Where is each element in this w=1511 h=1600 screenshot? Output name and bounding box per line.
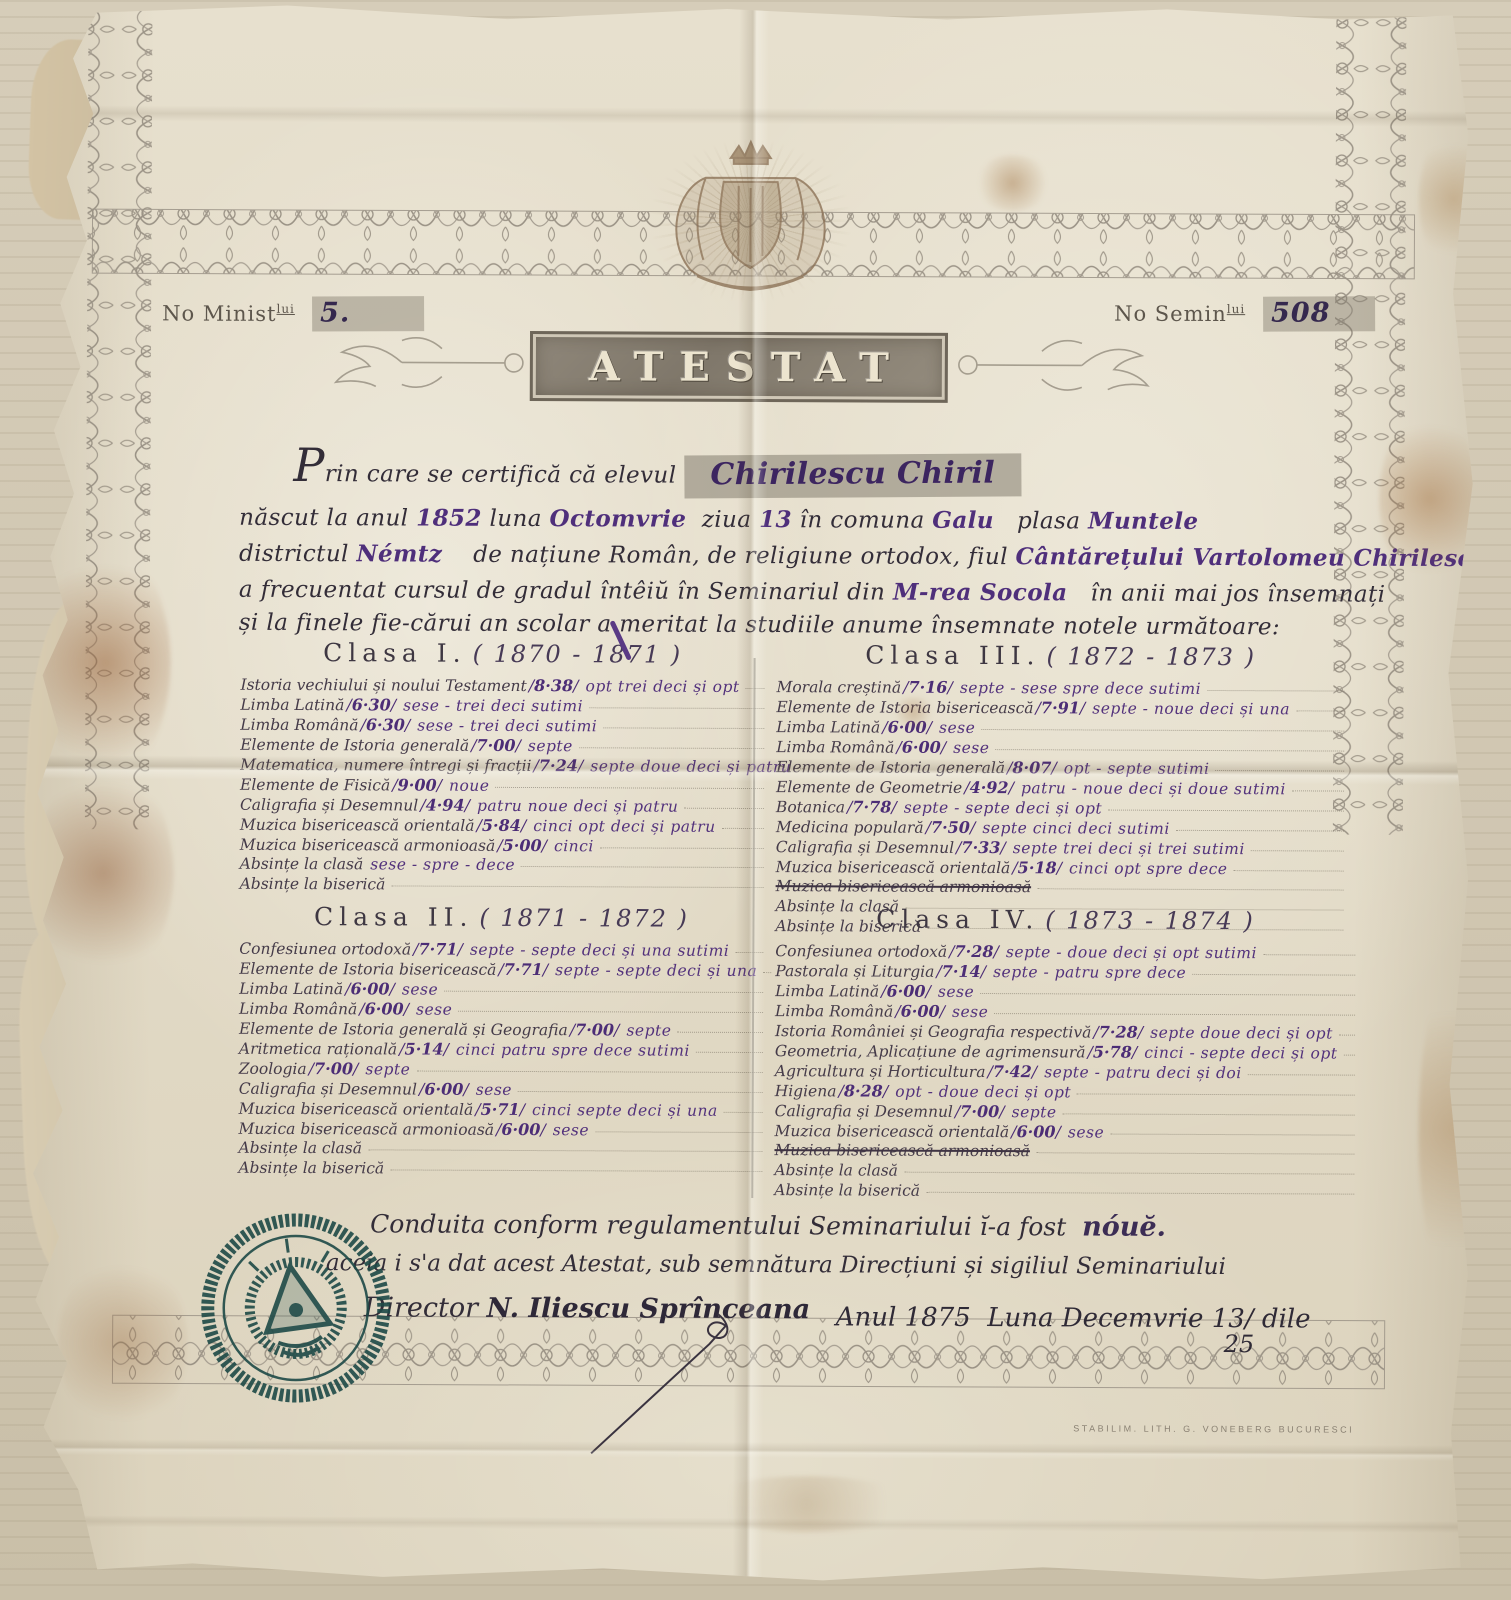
grade-row: Elemente de Geometrie 4·92 patru - noue … — [776, 777, 1344, 799]
subject-label: Matematica, numere întregi și fracții — [240, 756, 531, 775]
grade-row: Zoologia 7·00 septe — [239, 1059, 763, 1081]
grade-row: Muzica bisericească orientală 5·84 cinci… — [240, 815, 764, 837]
intro-line-2: născut la anul 1852 luna Octomvrie ziua … — [239, 504, 1198, 535]
subject-label: Limba Română — [239, 1000, 357, 1019]
dotted-leader — [1292, 790, 1344, 791]
grade-value: 6·00 — [359, 999, 409, 1018]
subject-label: Muzica bisericească armonioasă — [240, 836, 496, 855]
grade-row: Limba Latină 6·30 sese - trei deci sutim… — [240, 695, 764, 717]
dotted-leader — [1036, 1152, 1355, 1154]
ministry-number-label: No Minist — [162, 301, 276, 325]
dotted-leader — [994, 1013, 1355, 1016]
dotted-leader — [1110, 1134, 1354, 1136]
grade-value: 7·16 — [903, 678, 953, 697]
grade-value: 5·84 — [476, 816, 526, 835]
class-3-rows: Morala creștină 7·16 septe - sese spre d… — [775, 677, 1344, 939]
grade-words: cinci opt deci și patru — [533, 817, 715, 836]
subject-label: Morala creștină — [776, 678, 901, 697]
grade-row: Geometria, Aplicațiune de agrimensură 5·… — [775, 1041, 1355, 1064]
grade-value: 4·92 — [964, 778, 1014, 797]
grade-words: patru - noue deci și doue sutimi — [1021, 779, 1286, 798]
class-2-rows: Confesiunea ortodoxă 7·71 septe - septe … — [238, 939, 763, 1181]
grade-value: 6·00 — [895, 1002, 945, 1021]
grade-value: 7·28 — [1093, 1022, 1143, 1041]
grade-value: 5·00 — [497, 836, 547, 855]
stain-decoration — [1418, 969, 1489, 1289]
dotted-leader — [1248, 1074, 1355, 1075]
subject-label: Agricultura și Horticultura — [775, 1062, 986, 1081]
grade-value: 7·71 — [498, 960, 548, 979]
grade-words: sese - trei deci sutimi — [417, 717, 597, 736]
dotted-leader — [1296, 710, 1344, 711]
subject-label: Medicina populară — [776, 818, 924, 837]
dotted-leader — [1344, 1055, 1355, 1056]
dotted-leader — [724, 1112, 763, 1113]
grade-words: cinci — [554, 837, 594, 855]
grade-words: septe - septe deci și opt — [904, 799, 1102, 818]
class-3-header: Clasa III. ( 1872 - 1873 ) — [777, 640, 1345, 671]
dotted-leader — [735, 952, 763, 953]
grade-words: septe — [365, 1060, 410, 1078]
grade-words: patru noue deci și patru — [477, 797, 678, 816]
seminary-number-label: No Semin — [1114, 302, 1227, 326]
subject-label: Confesiunea ortodoxă — [239, 940, 411, 959]
subject-label: Istoria vechiului și noului Testament — [240, 676, 526, 695]
class-2-header: Clasa II. ( 1871 - 1872 ) — [239, 902, 763, 933]
dotted-leader — [416, 1071, 762, 1074]
grade-words: septe - septe deci și una — [555, 961, 757, 980]
grade-words: septe - patru spre dece — [993, 963, 1186, 982]
subject-label: Limba Latină — [776, 718, 880, 736]
dotted-leader — [1192, 974, 1355, 976]
subject-label: Botanica — [776, 798, 845, 816]
subject-label: Elemente de Istoria generală și Geografi… — [239, 1020, 568, 1039]
grade-value: 7·42 — [987, 1062, 1037, 1081]
ministry-number-value: 5. — [312, 296, 424, 331]
grade-words: cinci - septe deci și opt — [1144, 1044, 1337, 1063]
grade-row: Istoria României și Geografia respectivă… — [775, 1021, 1355, 1044]
subject-label: Caligrafia și Desemnul — [775, 1102, 953, 1121]
grade-value: 4·94 — [420, 796, 470, 815]
grade-words: cinci septe deci și una — [532, 1101, 718, 1120]
grade-row: Muzica bisericească armonioasă — [776, 877, 1344, 899]
grade-value: 7·00 — [955, 1102, 1005, 1121]
grade-row: Absințe la biserică — [240, 875, 764, 897]
grade-row: Limba Latină 6·00 sese — [776, 717, 1344, 739]
grade-words: septe — [528, 737, 573, 755]
grade-row: Muzica bisericească orientală 5·71 cinci… — [239, 1099, 763, 1121]
subject-label: Muzica bisericească orientală — [240, 816, 475, 835]
dotted-leader — [1233, 870, 1343, 871]
grade-row: Limba Latină 6·00 sese — [239, 979, 763, 1001]
grade-words: sese — [1068, 1123, 1104, 1141]
subject-label: Pastorala și Liturgia — [775, 962, 934, 981]
dotted-leader — [904, 1172, 1354, 1175]
conduct-line: Conduita conform regulamentului Seminari… — [370, 1208, 1166, 1242]
grade-words: opt - doue deci și opt — [895, 1083, 1071, 1102]
dotted-leader — [995, 749, 1344, 752]
grade-value: 7·50 — [926, 818, 976, 837]
grade-row: Matematica, numere întregi și fracții 7·… — [240, 755, 764, 777]
grade-row: Elemente de Istoria generală 8·07 opt - … — [776, 757, 1344, 779]
grade-row: Absințe la biserică — [238, 1159, 762, 1181]
grade-value: 7·33 — [956, 838, 1006, 857]
dotted-leader — [763, 972, 771, 973]
grade-words: sese - trei deci sutimi — [403, 696, 583, 715]
subject-label: Muzica bisericească armonioasă — [774, 1141, 1030, 1160]
dotted-leader — [684, 808, 764, 809]
dotted-leader — [368, 1149, 762, 1152]
grade-value: 8·38 — [529, 676, 579, 695]
alternate-day: 25 — [1224, 1330, 1255, 1358]
grade-value: 8·28 — [838, 1081, 888, 1100]
seminary-number-field: No Seminlui 508 — [1114, 296, 1375, 332]
dotted-leader — [1207, 690, 1344, 692]
grade-row: Elemente de Istoria generală și Geografi… — [239, 1019, 763, 1041]
dotted-leader — [722, 828, 764, 829]
grade-value: 6·30 — [346, 695, 396, 714]
dotted-leader — [518, 1091, 763, 1093]
grade-value: 5·71 — [475, 1100, 525, 1119]
dotted-leader — [1037, 888, 1344, 890]
printer-imprint: STABILIM. LITH. G. VONEBERG BUCURESCI — [1073, 1423, 1354, 1434]
dotted-leader — [495, 787, 764, 789]
grade-words: septe - noue deci și una — [1092, 699, 1290, 718]
dotted-leader — [677, 1032, 763, 1033]
subject-label: Limba Latină — [775, 982, 879, 1000]
grade-row: Higiena 8·28 opt - doue deci și opt — [775, 1081, 1355, 1104]
grade-words: opt - septe sutimi — [1064, 759, 1210, 778]
class-1-rows: Istoria vechiului și noului Testament 8·… — [240, 675, 765, 897]
grade-value: 7·24 — [533, 756, 583, 775]
grade-row: Elemente de Istoria bisericească 7·91 se… — [776, 697, 1344, 719]
dotted-leader — [1063, 1113, 1355, 1115]
dotted-leader — [595, 1131, 762, 1133]
grade-row: Absințe la clasă sese - spre - dece — [240, 855, 764, 877]
stain-decoration — [697, 1476, 917, 1533]
class-3-section: Clasa III. ( 1872 - 1873 ) Morala crești… — [775, 640, 1344, 939]
grade-row: Morala creștină 7·16 septe - sese spre d… — [776, 677, 1344, 699]
grade-words: septe doue deci și opt — [1150, 1024, 1333, 1043]
grade-value: 6·00 — [345, 979, 395, 998]
subject-label: Elemente de Geometrie — [776, 778, 962, 797]
grade-words: sese - spre - dece — [370, 855, 515, 874]
grade-row: Elemente de Fisică 9·00 noue — [240, 775, 764, 797]
subject-label: Limba Română — [776, 738, 894, 757]
subject-label: Elemente de Istoria bisericească — [239, 960, 496, 979]
grade-row: Confesiunea ortodoxă 7·28 septe - doue d… — [775, 941, 1355, 964]
subject-label: Limba Română — [775, 1002, 893, 1021]
grade-words: septe - doue deci și opt sutimi — [1006, 943, 1257, 962]
dotted-leader — [600, 847, 764, 849]
grade-row: Istoria vechiului și noului Testament 8·… — [240, 675, 764, 697]
grade-row: Limba Română 6·00 sese — [776, 737, 1344, 759]
grade-words: septe - septe deci și una sutimi — [470, 941, 729, 960]
grade-row: Limba Română 6·00 sese — [239, 999, 763, 1021]
grade-row: Muzica bisericească orientală 5·18 cinci… — [776, 857, 1344, 879]
director-signature-line: Director N. Iliescu Sprînceana — [364, 1292, 811, 1325]
grade-value: 5·14 — [399, 1039, 449, 1058]
grade-row: Caligrafia și Desemnul 7·00 septe — [775, 1101, 1355, 1124]
grade-value: 7·78 — [847, 797, 897, 816]
class-1-section: Clasa I. ( 1870 - 1871 ) Istoria vechiul… — [240, 638, 765, 897]
horizontal-fold — [17, 1439, 1483, 1461]
subject-label: Limba Latină — [239, 980, 343, 998]
grade-words: septe cinci deci sutimi — [982, 819, 1170, 838]
grade-row: Muzica bisericească armonioasă 6·00 sese — [239, 1119, 763, 1141]
sunburst-rays — [620, 115, 881, 326]
grade-words: sese — [952, 1003, 988, 1021]
dotted-leader — [458, 1011, 763, 1013]
subject-label: Confesiunea ortodoxă — [775, 942, 947, 961]
dotted-leader — [980, 993, 1355, 996]
grade-words: sese — [939, 719, 975, 737]
document-title: ATESTAT — [573, 343, 905, 391]
dotted-leader — [1077, 1093, 1355, 1095]
class-4-header: Clasa IV. ( 1873 - 1874 ) — [775, 904, 1355, 936]
horizontal-fold — [17, 1515, 1483, 1533]
ministry-number-field: No Ministlui 5. — [162, 295, 425, 331]
subject-label: Elemente de Istoria generală — [240, 736, 469, 755]
subject-label: Caligrafia și Desemnul — [776, 838, 954, 857]
stain-decoration — [1418, 129, 1489, 269]
subject-label: Absințe la clasă — [238, 1139, 362, 1158]
grade-value: 7·00 — [471, 736, 521, 755]
class-4-rows: Confesiunea ortodoxă 7·28 septe - doue d… — [774, 941, 1355, 1204]
grade-value: 7·00 — [570, 1020, 620, 1039]
dotted-leader — [696, 1052, 763, 1053]
grade-value: 6·00 — [881, 982, 931, 1001]
grade-row: Muzica bisericească armonioasă 5·00 cinc… — [240, 835, 764, 857]
dotted-leader — [926, 1192, 1354, 1195]
class-4-section: Clasa IV. ( 1873 - 1874 ) Confesiunea or… — [774, 904, 1355, 1204]
subject-label: Muzica bisericească armonioasă — [239, 1120, 495, 1139]
intro-line-4: a frecuentat cursul de gradul întêiŭ în … — [239, 576, 1386, 608]
grade-words: cinci patru spre dece sutimi — [456, 1041, 690, 1060]
dotted-leader — [981, 729, 1344, 732]
grade-value: 7·71 — [413, 940, 463, 959]
grade-row: Aritmetica rațională 5·14 cinci patru sp… — [239, 1039, 763, 1061]
grade-row: Elemente de Istoria generală 7·00 septe — [240, 735, 764, 757]
dotted-leader — [1263, 954, 1355, 955]
grade-row: Medicina populară 7·50 septe cinci deci … — [776, 817, 1344, 839]
grade-row: Limba Română 6·00 sese — [775, 1001, 1355, 1024]
subject-label: Absințe la biserică — [240, 875, 386, 894]
grade-words: sese — [953, 739, 989, 757]
subject-label: Absințe la biserică — [774, 1181, 920, 1200]
grade-words: septe - patru deci și doi — [1044, 1063, 1242, 1082]
grade-row: Absințe la clasă — [238, 1139, 762, 1161]
class-1-header: Clasa I. ( 1870 - 1871 ) — [241, 638, 765, 669]
dotted-leader — [390, 1169, 762, 1172]
subject-label: Elemente de Fisică — [240, 776, 390, 795]
grade-words: sese — [416, 1001, 452, 1019]
date-line: Anul 1875 Luna Decemvrie 13/ dile 25 — [836, 1302, 1311, 1334]
subject-label: Aritmetica rațională — [239, 1040, 397, 1059]
grade-value: 6·30 — [360, 715, 410, 734]
grade-row: Elemente de Istoria bisericească 7·71 se… — [239, 959, 763, 981]
grade-row: Limba Română 6·30 sese - trei deci sutim… — [240, 715, 764, 737]
dotted-leader — [1108, 810, 1344, 812]
dotted-leader — [746, 688, 765, 689]
grade-row: Absințe la clasă — [774, 1161, 1354, 1184]
subject-label: Absințe la clasă — [774, 1161, 898, 1180]
intro-line-3: districtul Némtz de națiune Român, de re… — [239, 540, 1489, 572]
grade-words: septe doue deci și patru — [590, 757, 791, 776]
grade-row: Limba Latină 6·00 sese — [775, 981, 1355, 1004]
subject-label: Elemente de Istoria bisericească — [776, 698, 1033, 717]
grade-value: 8·07 — [1007, 758, 1057, 777]
subject-label: Elemente de Istoria generală — [776, 758, 1005, 777]
dotted-leader — [521, 866, 764, 868]
student-name: Chirilescu Chiril — [684, 453, 1021, 498]
grade-row: Caligrafia și Desemnul 4·94 patru noue d… — [240, 795, 764, 817]
grade-row: Pastorala și Liturgia 7·14 septe - patru… — [775, 961, 1355, 984]
subject-label: Muzica bisericească orientală — [775, 1122, 1010, 1141]
director-name: N. Iliescu Sprînceana — [487, 1293, 811, 1325]
dotted-leader — [589, 707, 764, 709]
grade-value: 5·78 — [1088, 1042, 1138, 1061]
intro-line-5: și la finele fie-cărui an scolar a merit… — [239, 610, 1280, 641]
grade-value: 6·00 — [419, 1080, 469, 1099]
director-label: Director — [364, 1292, 478, 1323]
dotted-leader — [603, 727, 764, 729]
grade-value: 7·28 — [949, 942, 999, 961]
subject-label: Muzica bisericească orientală — [776, 858, 1011, 877]
subject-label: Absințe la biserică — [238, 1159, 384, 1178]
grade-words: septe trei deci și trei sutimi — [1013, 839, 1245, 858]
subject-label: Limba Română — [240, 716, 358, 735]
subject-label: Zoologia — [239, 1060, 307, 1078]
grade-value: 7·91 — [1036, 698, 1086, 717]
grade-words: cinci opt spre dece — [1069, 859, 1228, 878]
grade-words: sese — [938, 983, 974, 1001]
grade-words: opt trei deci și opt — [586, 677, 740, 696]
dotted-leader — [444, 991, 763, 993]
grade-words: sese — [553, 1121, 589, 1139]
subject-label: Geometria, Aplicațiune de agrimensură — [775, 1042, 1086, 1061]
grade-words: sese — [476, 1081, 512, 1099]
grade-value: 6·00 — [496, 1120, 546, 1139]
dotted-leader — [1251, 850, 1344, 851]
grade-words: septe — [1012, 1103, 1057, 1121]
grade-row: Confesiunea ortodoxă 7·71 septe - septe … — [239, 939, 763, 961]
grade-row: Absințe la biserică — [774, 1181, 1354, 1204]
subject-label: Istoria României și Geografia respectivă — [775, 1022, 1091, 1041]
conduct-grade: nóuĕ. — [1082, 1211, 1166, 1242]
title-banner: ATESTAT — [530, 331, 948, 403]
grade-value: 7·00 — [309, 1059, 359, 1078]
class-2-section: Clasa II. ( 1871 - 1872 ) Confesiunea or… — [238, 902, 763, 1181]
subject-label: Muzica bisericească armonioasă — [776, 877, 1032, 896]
subject-label: Limba Latină — [240, 696, 344, 714]
dotted-leader — [1339, 1035, 1355, 1036]
intro-line-1: Prin care se certifică că elevul Chirile… — [293, 452, 1021, 498]
grade-row: Muzica bisericească orientală 6·00 sese — [774, 1121, 1354, 1144]
grade-words: septe - sese spre dece sutimi — [960, 679, 1201, 698]
grade-row: Caligrafia și Desemnul 7·33 septe trei d… — [776, 837, 1344, 859]
grade-value: 5·18 — [1012, 858, 1062, 877]
dotted-leader — [391, 885, 763, 888]
attestation-line: aceia i s'a dat acest Atestat, sub semnă… — [326, 1250, 1226, 1280]
grade-words: noue — [449, 777, 490, 795]
dotted-leader — [1176, 830, 1344, 832]
photographed-document: No Ministlui 5. No Seminlui 508 ATESTAT … — [0, 0, 1511, 1600]
grade-value: 6·00 — [1011, 1122, 1061, 1141]
subject-label: Higiena — [775, 1082, 837, 1100]
grade-words: sese — [402, 980, 438, 998]
grade-value: 7·14 — [936, 962, 986, 981]
certificate-paper: No Ministlui 5. No Seminlui 508 ATESTAT … — [17, 3, 1490, 1591]
subject-label: Absințe la clasă — [240, 855, 364, 874]
dotted-leader — [1216, 770, 1345, 772]
grade-value: 6·00 — [882, 718, 932, 737]
subject-label: Muzica bisericească orientală — [239, 1100, 474, 1119]
subject-label: Caligrafia și Desemnul — [239, 1080, 417, 1099]
seminary-number-value: 508 — [1263, 296, 1375, 331]
grade-value: 6·00 — [896, 738, 946, 757]
grade-row: Caligrafia și Desemnul 6·00 sese — [239, 1079, 763, 1101]
grade-row: Muzica bisericească armonioasă — [774, 1141, 1354, 1164]
subject-label: Caligrafia și Desemnul — [240, 796, 418, 815]
grade-words: septe — [626, 1021, 671, 1039]
grade-row: Agricultura și Horticultura 7·42 septe -… — [775, 1061, 1355, 1084]
dotted-leader — [579, 747, 764, 749]
grade-row: Botanica 7·78 septe - septe deci și opt — [776, 797, 1344, 819]
grade-value: 9·00 — [392, 775, 442, 794]
